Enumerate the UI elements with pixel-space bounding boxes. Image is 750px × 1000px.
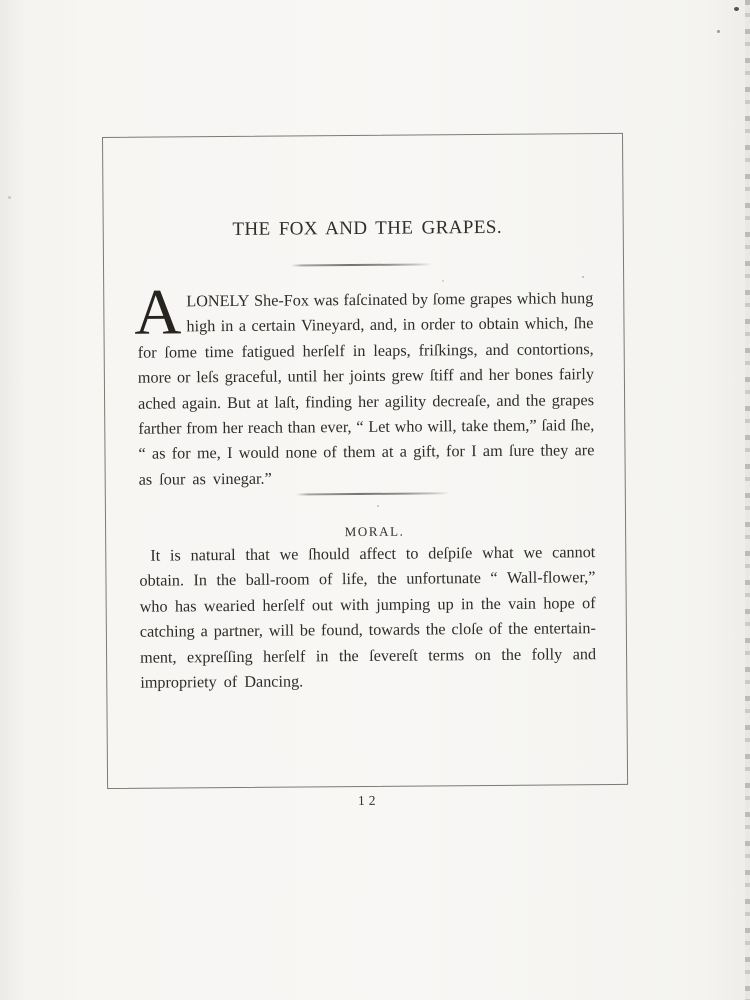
scanned-book-page: THE FOX AND THE GRAPES. A LONELYShe-Foxw… — [0, 0, 750, 1000]
page-title: THE FOX AND THE GRAPES. — [108, 216, 627, 242]
moral-line: ment,expreſſingherſelfintheſevereſtterms… — [140, 642, 596, 671]
moral-line: catchingapartner,willbefound,towardsthec… — [140, 616, 596, 645]
fable-line: LONELYShe-Foxwasfaſcinatedbyſomegrapeswh… — [137, 286, 593, 315]
page-number: 12 — [109, 791, 628, 811]
moral-line: whohasweariedherſelfoutwithjumpingupinth… — [140, 591, 596, 620]
fable-line: highinacertainVineyard,and,inordertoobta… — [137, 312, 593, 341]
moral-line: Itisnaturalthatweſhouldaffecttodeſpiſewh… — [139, 540, 595, 569]
moral-paragraph: Itisnaturalthatweſhouldaffecttodeſpiſewh… — [139, 540, 596, 696]
moral-line: obtain.Intheball-roomoflife,theunfortuna… — [139, 566, 595, 595]
fable-line: “asforme,Iwouldnoneofthematagift,forIamſ… — [138, 438, 594, 467]
page-content-container: THE FOX AND THE GRAPES. A LONELYShe-Foxw… — [0, 0, 750, 1000]
fable-paragraph: LONELYShe-Foxwasfaſcinatedbyſomegrapeswh… — [137, 286, 595, 493]
fable-line: as ſour as vinegar.” — [139, 464, 595, 493]
fable-line: fartherfromherreachthanever,“Letwhowill,… — [138, 413, 594, 442]
moral-line: impropriety of Dancing. — [140, 667, 596, 696]
fable-line: forſometimefatiguedherſelfinleaps,friſki… — [138, 337, 594, 366]
fable-line: moreorleſsgraceful,untilherjointsgrewſti… — [138, 362, 594, 391]
fable-line: achedagain.Butatlaſt,findingheragilityde… — [138, 388, 594, 417]
